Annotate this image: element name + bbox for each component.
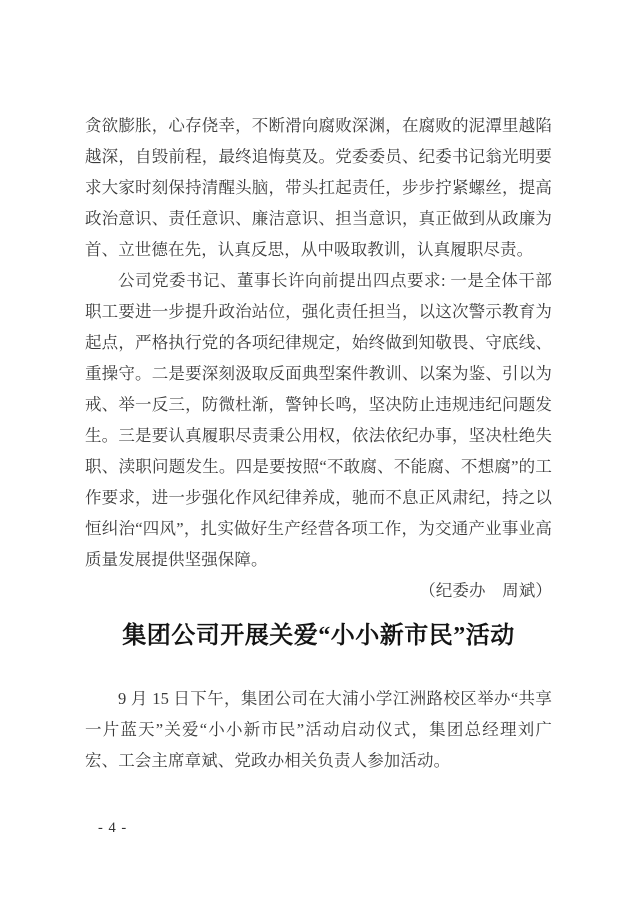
- article-paragraph: 9 月 15 日下午，集团公司在大浦小学江洲路校区举办“共享一片蓝天”关爱“小小…: [85, 683, 552, 776]
- requirements-paragraph: 公司党委书记、董事长许向前提出四点要求: 一是全体干部职工要进一步提升政治站位，…: [85, 265, 552, 575]
- document-body: 贪欲膨胀，心存侥幸，不断滑向腐败深渊，在腐败的泥潭里越陷越深，自毁前程，最终追悔…: [85, 110, 552, 776]
- page-number: - 4 -: [98, 820, 127, 837]
- byline: （纪委办 周斌）: [85, 575, 552, 606]
- continuation-paragraph: 贪欲膨胀，心存侥幸，不断滑向腐败深渊，在腐败的泥潭里越陷越深，自毁前程，最终追悔…: [85, 110, 552, 265]
- document-page: 贪欲膨胀，心存侥幸，不断滑向腐败深渊，在腐败的泥潭里越陷越深，自毁前程，最终追悔…: [0, 0, 636, 900]
- article-title: 集团公司开展关爱“小小新市民”活动: [85, 616, 552, 656]
